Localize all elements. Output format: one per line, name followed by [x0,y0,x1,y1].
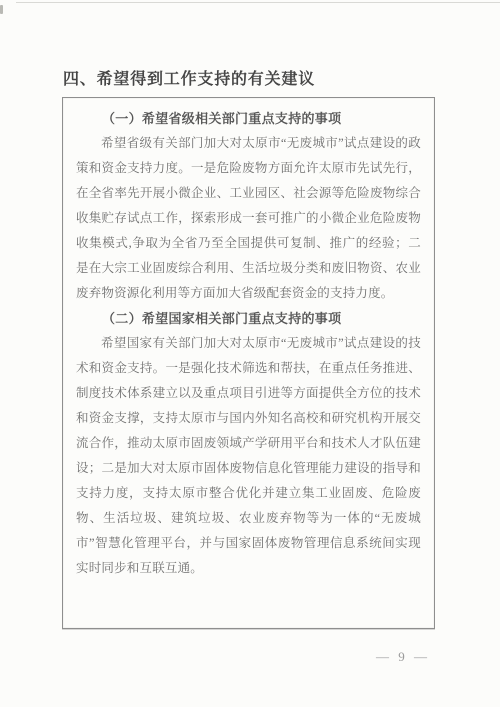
subsection-1-title: （一）希望省级相关部门重点支持的事项 [76,106,421,131]
subsection-1-paragraph: 希望省级有关部门加大对太原市“无废城市”试点建设的政策和资金支持力度。一是危险废… [76,131,421,306]
scan-speck [0,5,3,14]
scan-edge-line [16,2,500,3]
subsection-2-title: （二）希望国家相关部门重点支持的事项 [76,306,421,331]
page-number: — 9 — [376,649,430,665]
section-heading: 四、希望得到工作支持的有关建议 [63,66,315,89]
subsection-2-paragraph: 希望国家有关部门加大对太原市“无废城市”试点建设的技术和资金支持。一是强化技术筛… [76,331,421,581]
document-content-box: （一）希望省级相关部门重点支持的事项 希望省级有关部门加大对太原市“无废城市”试… [62,97,435,629]
scanned-document-page: 四、希望得到工作支持的有关建议 （一）希望省级相关部门重点支持的事项 希望省级有… [0,0,500,707]
